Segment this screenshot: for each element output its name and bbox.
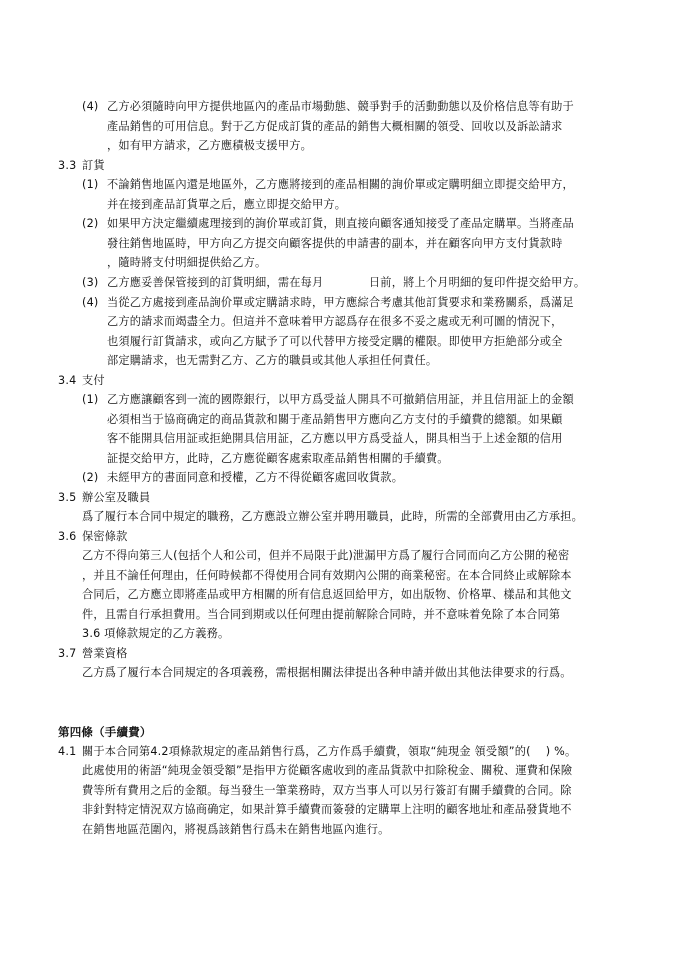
text-line: 必須相当于協商确定的商品貨款和關于產品銷售甲方應向乙方支付的手續費的總額。如果顧 [107,413,563,427]
text-line: 合同后，乙方應立即將產品或甲方相關的所有信息返回給甲方，如出版物、价格單、樣品和… [82,588,572,602]
text-line: 3.4支付 [58,374,105,388]
line-text: 乙方應妥善保管接到的訂貨明細，需在每月 日前，將上个月明細的复印件提交給甲方。 [107,276,585,289]
clause-number: 3.5 [58,491,82,505]
line-text: 件，且需自行承担費用。当合同到期或以任何理由提前解除合同時，并不意味着免除了本合… [82,608,560,621]
line-text: ，并且不論任何理由，任何時候都不得使用合同有效期內公開的商業秘密。在本合同終止或… [82,569,572,582]
line-text: 乙方必須隨時向甲方提供地區內的產品市場動態、競爭對手的活動動態以及价格信息等有助… [107,100,574,113]
line-text: 不論銷售地區內還是地區外，乙方應將接到的產品相關的詢价單或定購明細立即提交給甲方… [107,178,574,191]
line-text: 營業資格 [82,647,128,660]
text-line: 3.7營業資格 [58,647,128,661]
text-line: 3.6保密條款 [58,530,128,544]
text-line: (2)未經甲方的書面同意和授權，乙方不得從顧客處回收貨款。 [82,471,403,485]
line-text: 乙方的請求而竭盡全力。但這并不意味着甲方認爲存在很多不妥之處或无利可圖的情況下， [107,315,563,328]
line-text: 保密條款 [82,530,128,543]
line-text: 未經甲方的書面同意和授權，乙方不得從顧客處回收貨款。 [107,471,403,484]
text-line: 此處使用的術語“純現金領受額”是指甲方從顧客處收到的產品貨款中扣除稅金、關稅、運… [82,764,572,778]
text-line: 3.5辦公室及職員 [58,491,150,505]
clause-number: (4) [82,100,107,114]
text-line: 并在接到產品訂貨單之后，應立即提交給甲方。 [107,198,346,212]
text-line: 件，且需自行承担費用。当合同到期或以任何理由提前解除合同時，并不意味着免除了本合… [82,608,560,622]
text-line: 3.6 項條款規定的乙方義務。 [82,627,229,641]
clause-number: (1) [82,178,107,192]
text-line: 乙方的請求而竭盡全力。但這并不意味着甲方認爲存在很多不妥之處或无利可圖的情況下， [107,315,563,329]
clause-number: 4.1 [58,745,82,759]
clause-number: 3.3 [58,159,82,173]
clause-number: 3.4 [58,374,82,388]
text-line: 乙方不得向第三人(包括个人和公司，但并不局限于此)泄漏甲方爲了履行合同而向乙方公… [82,549,569,563]
text-line: (3)乙方應妥善保管接到的訂貨明細，需在每月 日前，將上个月明細的复印件提交給甲… [82,276,585,290]
text-line: (4)当從乙方處接到產品詢价單或定購請求時，甲方應綜合考慮其他訂貨要求和業務關系… [82,296,574,310]
line-text: 辦公室及職員 [82,491,150,504]
text-line: (1)乙方應讓顧客到一流的國際銀行，以甲方爲受益人開具不可撤銷信用証，并且信用証… [82,393,574,407]
line-text: 費等所有費用之后的金額。每当發生一筆業務時，双方当事人可以另行簽訂有關手續費的合… [82,784,572,797]
clause-number: (2) [82,471,107,485]
line-text: 非針對特定情況双方協商确定，如果計算手續費而簽發的定購單上注明的顧客地址和產品發… [82,803,572,816]
text-line: 在銷售地區范圍內，將視爲該銷售行爲未在銷售地區內進行。 [82,823,389,837]
clause-number: 3.7 [58,647,82,661]
line-text: 并在接到產品訂貨單之后，應立即提交給甲方。 [107,198,346,211]
text-line: 部定購請求，也无需對乙方、乙方的職員或其他人承担任何責任。 [107,354,437,368]
text-line: 客不能開具信用証或拒絶開具信用証，乙方應以甲方爲受益人，開具相当于上述金額的信用 [107,432,563,446]
clause-number: 3.6 [58,530,82,544]
line-text: 產品銷售的可用信息。對于乙方促成訂貨的產品的銷售大概相關的領受、回收以及訴訟請求 [107,120,563,133]
text-line: 也須履行訂貨請求，或向乙方賦予了可以代替甲方接受定購的權限。即使甲方拒絶部分或全 [107,335,563,349]
text-line: 乙方爲了履行本合同規定的各項義務，需根据相關法律提出各种申請并做出其他法律要求的… [82,666,572,680]
line-text: 部定購請求，也无需對乙方、乙方的職員或其他人承担任何責任。 [107,354,437,367]
line-text: 此處使用的術語“純現金領受額”是指甲方從顧客處收到的產品貨款中扣除稅金、關稅、運… [82,764,572,777]
line-text: 乙方不得向第三人(包括个人和公司，但并不局限于此)泄漏甲方爲了履行合同而向乙方公… [82,549,569,562]
line-text: 支付 [82,374,105,387]
line-text: 第四條（手續費） [58,725,152,739]
clause-number: (4) [82,296,107,310]
text-line: 3.3訂貨 [58,159,105,173]
section-heading: 第四條（手續費） [58,725,152,739]
text-line: 証提交給甲方，此時，乙方應從顧客處索取產品銷售相關的手續費。 [107,452,449,466]
clause-number: (2) [82,217,107,231]
text-line: (2)如果甲方決定繼續處理接到的詢价單或訂貨，則直接向顧客通知接受了產品定購單。… [82,217,574,231]
line-text: 也須履行訂貨請求，或向乙方賦予了可以代替甲方接受定購的權限。即使甲方拒絶部分或全 [107,335,563,348]
line-text: 如果甲方決定繼續處理接到的詢价單或訂貨，則直接向顧客通知接受了產品定購單。当將產… [107,217,574,230]
line-text: 乙方爲了履行本合同規定的各項義務，需根据相關法律提出各种申請并做出其他法律要求的… [82,666,572,679]
text-line: ，隨時將支付明細提供給乙方。 [107,256,266,270]
document-page: (4)乙方必須隨時向甲方提供地區內的產品市場動態、競爭對手的活動動態以及价格信息… [0,0,680,962]
line-text: 必須相当于協商确定的商品貨款和關于產品銷售甲方應向乙方支付的手續費的總額。如果顧 [107,413,563,426]
line-text: 証提交給甲方，此時，乙方應從顧客處索取產品銷售相關的手續費。 [107,452,449,465]
line-text: 客不能開具信用証或拒絶開具信用証，乙方應以甲方爲受益人，開具相当于上述金額的信用 [107,432,563,445]
text-line: 爲了履行本合同中規定的職務，乙方應設立辦公室并聘用職員，此時，所需的全部費用由乙… [82,510,583,524]
clause-number: (3) [82,276,107,290]
text-line: 4.1關于本合同第4.2項條款規定的產品銷售行爲，乙方作爲手續費，領取“純現金 … [58,745,576,759]
line-text: 乙方應讓顧客到一流的國際銀行，以甲方爲受益人開具不可撤銷信用証，并且信用証上的金… [107,393,574,406]
text-line: ，并且不論任何理由，任何時候都不得使用合同有效期內公開的商業秘密。在本合同終止或… [82,569,572,583]
text-line: ，如有甲方請求，乙方應積极支援甲方。 [107,139,312,153]
line-text: 發往銷售地區時，甲方向乙方提交向顧客提供的申請書的副本，并在顧客向甲方支付貨款時 [107,237,563,250]
line-text: 爲了履行本合同中規定的職務，乙方應設立辦公室并聘用職員，此時，所需的全部費用由乙… [82,510,583,523]
text-line: 費等所有費用之后的金額。每当發生一筆業務時，双方当事人可以另行簽訂有關手續費的合… [82,784,572,798]
text-line: (4)乙方必須隨時向甲方提供地區內的產品市場動態、競爭對手的活動動態以及价格信息… [82,100,574,114]
text-line: (1)不論銷售地區內還是地區外，乙方應將接到的產品相關的詢价單或定購明細立即提交… [82,178,574,192]
line-text: 合同后，乙方應立即將產品或甲方相關的所有信息返回給甲方，如出版物、价格單、樣品和… [82,588,572,601]
line-text: 当從乙方處接到產品詢价單或定購請求時，甲方應綜合考慮其他訂貨要求和業務關系，爲滿… [107,296,574,309]
clause-number: (1) [82,393,107,407]
line-text: 訂貨 [82,159,105,172]
line-text: ，如有甲方請求，乙方應積极支援甲方。 [107,139,312,152]
line-text: 3.6 項條款規定的乙方義務。 [82,627,229,640]
text-line: 非針對特定情況双方協商确定，如果計算手續費而簽發的定購單上注明的顧客地址和產品發… [82,803,572,817]
line-text: ，隨時將支付明細提供給乙方。 [107,256,266,269]
text-line: 產品銷售的可用信息。對于乙方促成訂貨的產品的銷售大概相關的領受、回收以及訴訟請求 [107,120,563,134]
text-line: 發往銷售地區時，甲方向乙方提交向顧客提供的申請書的副本，并在顧客向甲方支付貨款時 [107,237,563,251]
line-text: 在銷售地區范圍內，將視爲該銷售行爲未在銷售地區內進行。 [82,823,389,836]
line-text: 關于本合同第4.2項條款規定的產品銷售行爲，乙方作爲手續費，領取“純現金 領受額… [82,745,576,758]
